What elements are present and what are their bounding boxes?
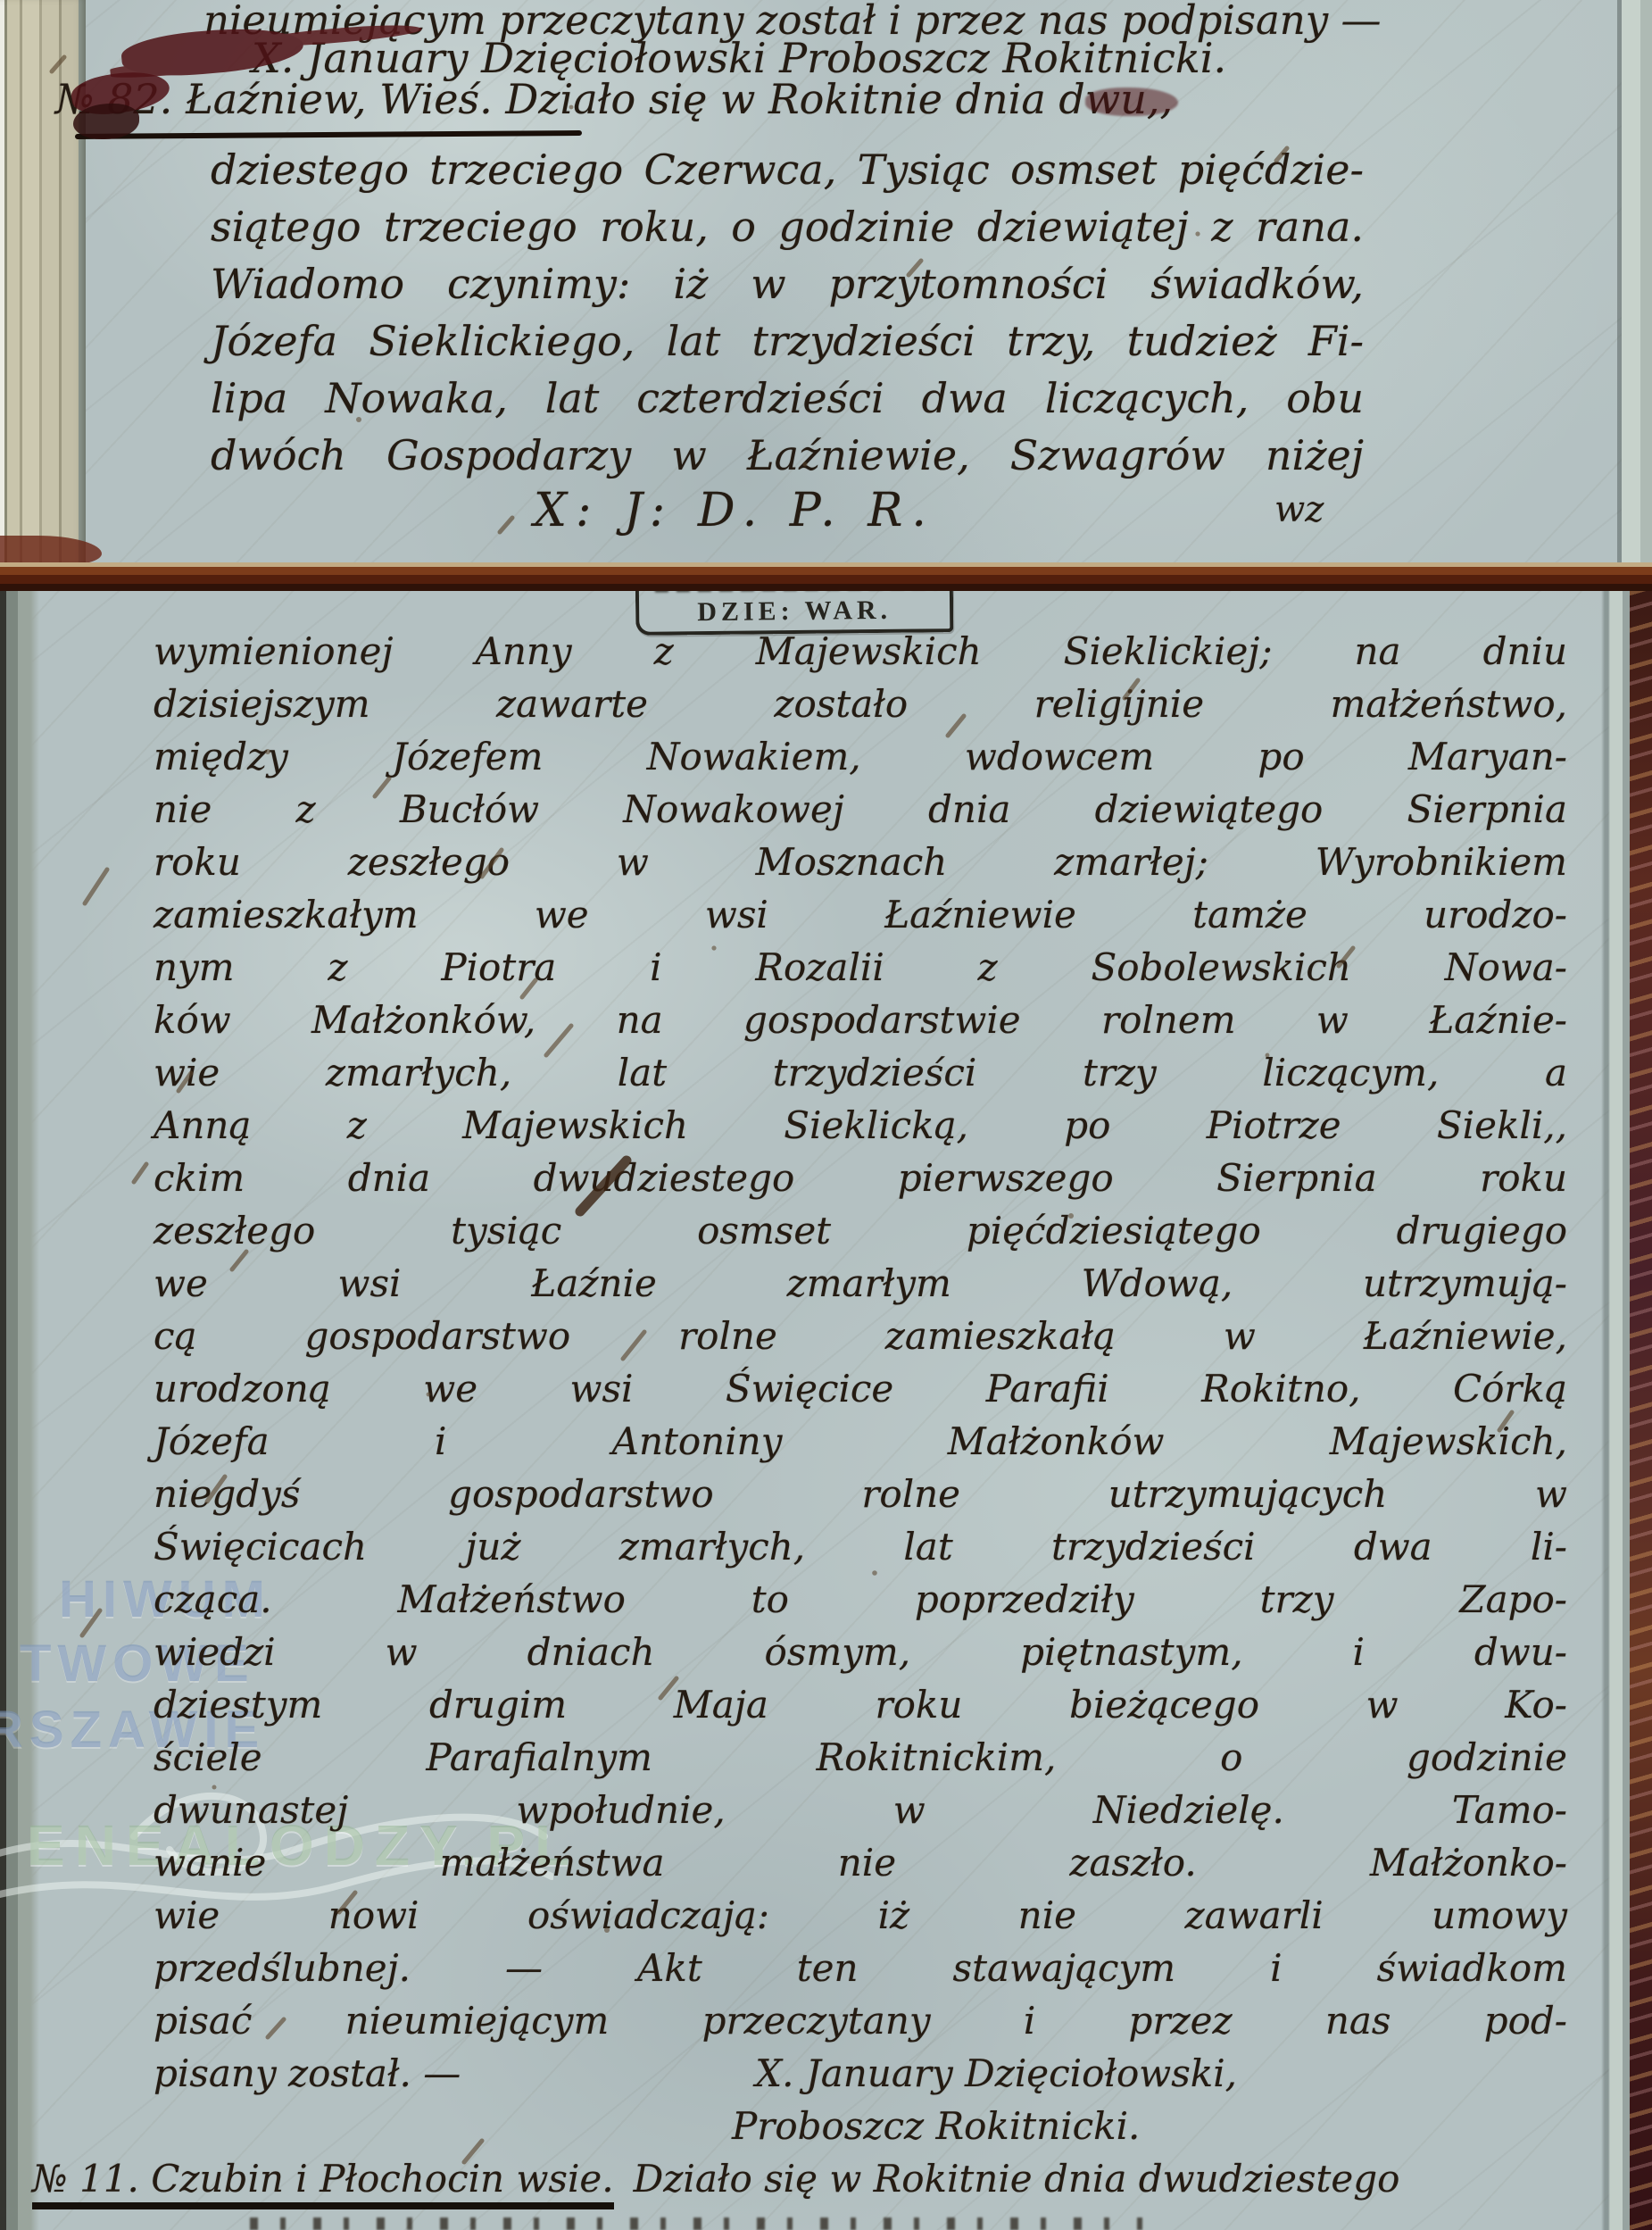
act-intro: Działo się w Rokitnie dnia dwu,,: [505, 75, 1173, 123]
spine-shadow: [0, 591, 39, 2230]
upper-page-fragment: nieumiejącym przeczytany został i przez …: [0, 0, 1652, 566]
manuscript-line: pisać nieumiejącym przeczytany i przez n…: [154, 1994, 1567, 2047]
priest-title: Proboszcz Rokitnicki.: [732, 2104, 1140, 2148]
act-heading-82: № 82. Łaźniew, Wieś. Działo się w Rokitn…: [55, 75, 1173, 123]
act-place: Łaźniew, Wieś.: [186, 75, 493, 123]
manuscript-line: wie nowi oświadczają: iż nie zawarli umo…: [154, 1889, 1567, 1942]
manuscript-line: Święcicach już zmarłych, lat trzydzieści…: [154, 1520, 1567, 1573]
act-text-flow: wymienionej Anny z Majewskich Sieklickie…: [154, 625, 1567, 2205]
manuscript-line: ckim dnia dwudziestego pierwszego Sierpn…: [154, 1152, 1567, 1204]
red-ink-smudge: [1085, 87, 1178, 116]
manuscript-line: dwunastej wpołudnie, w Niedzielę. Tamo-: [154, 1784, 1567, 1836]
upper-page-right-crease: [1617, 0, 1652, 566]
closing-words: pisany został. —: [154, 2051, 461, 2095]
manuscript-line: cą gospodarstwo rolne zamieszkałą w Łaźn…: [154, 1310, 1567, 1362]
manuscript-line: ściele Parafialnym Rokitnickim, o godzin…: [154, 1731, 1567, 1784]
manuscript-line: wiedzi w dniach ósmym, piętnastym, i dwu…: [154, 1626, 1567, 1678]
manuscript-line: lipa Nowaka, lat czterdzieści dwa licząc…: [211, 370, 1364, 427]
manuscript-line: przedślubnej. — Akt ten stawającym i świ…: [154, 1942, 1567, 1994]
manuscript-line: wymienionej Anny z Majewskich Sieklickie…: [154, 625, 1567, 678]
manuscript-line: Józefa Sieklickiego, lat trzydzieści trz…: [211, 312, 1364, 370]
marbled-cover-edge: [1630, 591, 1652, 2230]
act-heading-11: № 11. Czubin i Płochocin wsie.Działo się…: [32, 2152, 1567, 2205]
priest-initials: X: J: D. P. R.: [534, 484, 935, 537]
manuscript-line: dziestego trzeciego Czerwca, Tysiąc osms…: [211, 141, 1364, 198]
manuscript-line: Józefa i Antoniny Małżonków Majewskich,: [154, 1415, 1567, 1468]
manuscript-line: cząca. Małżeństwo to poprzedziły trzy Za…: [154, 1573, 1567, 1626]
page-edge-fold: [1596, 591, 1630, 2230]
manuscript-line: między Józefem Nowakiem, wdowcem po Mary…: [154, 730, 1567, 783]
margin-note-wz: wz: [1274, 489, 1324, 530]
manuscript-line: wanie małżeństwa nie zaszło. Małżonko-: [154, 1836, 1567, 1889]
clipped-next-line-fragment: [250, 2218, 1142, 2230]
lower-page: HIWUM TWOWE RSZAWIE ENEALODZY.PL DZIE: W…: [0, 591, 1652, 2230]
priest-signature: X. January Dzięciołowski,: [755, 2051, 1237, 2095]
manuscript-line: we wsi Łaźnie zmarłym Wdową, utrzymują-: [154, 1257, 1567, 1310]
act-82-text: dziestego trzeciego Czerwca, Tysiąc osms…: [211, 141, 1364, 484]
act-body: wymienionej Anny z Majewskich Sieklickie…: [154, 625, 1567, 2047]
manuscript-line: wie zmarłych, lat trzydzieści trzy liczą…: [154, 1046, 1567, 1099]
edge-stain: [0, 536, 102, 566]
manuscript-line: dziestym drugim Maja roku bieżącego w Ko…: [154, 1678, 1567, 1731]
act-heading-underlined: № 11. Czubin i Płochocin wsie.: [32, 2157, 614, 2209]
manuscript-line: siątego trzeciego roku, o godzinie dziew…: [211, 198, 1364, 255]
manuscript-line: zeszłego tysiąc osmset pięćdziesiątego d…: [154, 1204, 1567, 1257]
manuscript-line: zamieszkałym we wsi Łaźniewie tamże urod…: [154, 888, 1567, 941]
manuscript-line: dzisiejszym zawarte zostało religijnie m…: [154, 678, 1567, 730]
act-place: Czubin i Płochocin wsie.: [151, 2157, 613, 2201]
manuscript-line: nie z Bucłów Nowakowej dnia dziewiątego …: [154, 783, 1567, 836]
manuscript-line: urodzoną we wsi Święcice Parafii Rokitno…: [154, 1362, 1567, 1415]
manuscript-line: roku zeszłego w Mosznach zmarłej; Wyrobn…: [154, 836, 1567, 888]
manuscript-line: ków Małżonków, na gospodarstwie rolnem w…: [154, 994, 1567, 1046]
manuscript-line: nym z Piotra i Rozalii z Sobolewskich No…: [154, 941, 1567, 994]
act-number: № 11.: [32, 2157, 139, 2201]
priest-title-line: Proboszcz Rokitnicki.: [154, 2100, 1567, 2152]
scanned-register-page: nieumiejącym przeczytany został i przez …: [0, 0, 1652, 2230]
manuscript-line: Wiadomo czynimy: iż w przytomności świad…: [211, 255, 1364, 312]
closing-line: pisany został. —X. January Dzięciołowski…: [154, 2047, 1567, 2100]
act-intro: Działo się w Rokitnie dnia dwudziestego: [634, 2157, 1400, 2201]
book-spine-gap: [0, 562, 1652, 591]
heading-underline: [75, 130, 582, 139]
manuscript-line: dwóch Gospodarzy w Łaźniewie, Szwagrów n…: [211, 427, 1364, 484]
manuscript-line: niegdyś gospodarstwo rolne utrzymujących…: [154, 1468, 1567, 1520]
manuscript-line: Anną z Majewskich Sieklicką, po Piotrze …: [154, 1099, 1567, 1152]
